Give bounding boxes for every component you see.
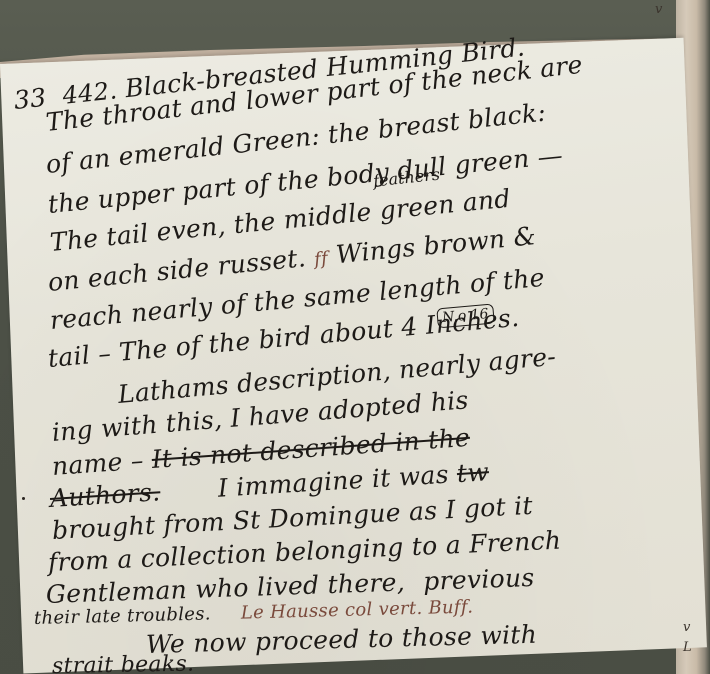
text-line-15-end: previous <box>423 563 535 596</box>
edge-mark-bottom-1: v <box>683 620 690 635</box>
text-line-6-end: Wings brown & <box>335 221 538 269</box>
edge-mark-bottom-2: L <box>683 640 692 655</box>
text-line-18: strait beaks. <box>52 652 195 674</box>
handwriting-layer: 33 442. Black-breasted Humming Bird. The… <box>0 0 710 674</box>
struck-authors: Authors. <box>49 477 161 513</box>
correction-mark: ff <box>313 248 329 270</box>
struck-end: tw <box>456 457 490 488</box>
margin-dot <box>22 497 25 500</box>
edge-mark-top: v <box>655 2 662 17</box>
text-line-16-main: their late troubles. <box>34 603 211 629</box>
text-line-11-start: name – <box>51 446 145 481</box>
margin-number: 33 <box>12 83 47 115</box>
text-line-17: We now proceed to those with <box>146 620 538 659</box>
